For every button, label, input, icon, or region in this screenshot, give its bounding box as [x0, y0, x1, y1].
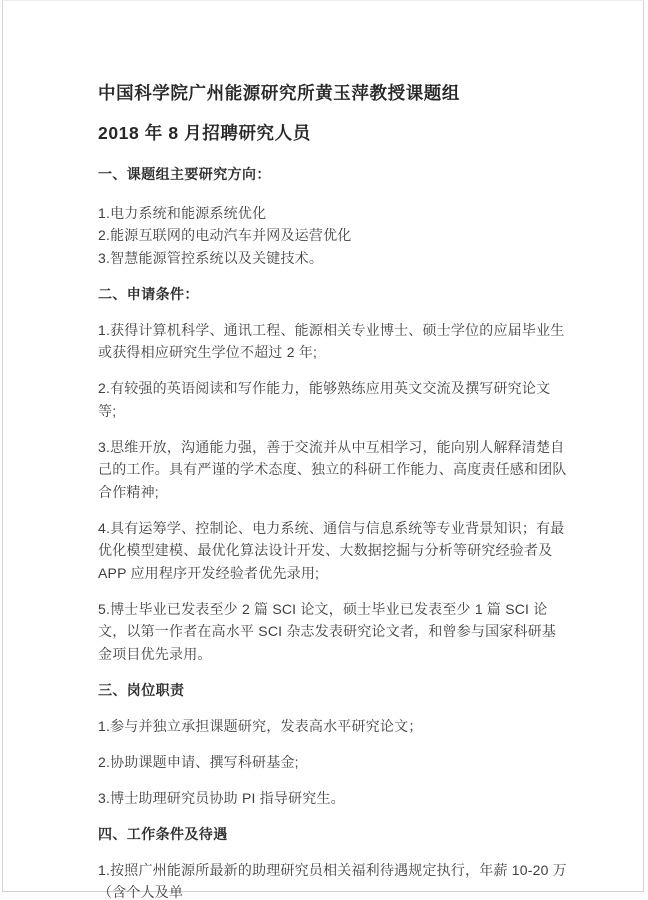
section-research-directions: 一、课题组主要研究方向： 1.电力系统和能源系统优化 2.能源互联网的电动汽车并… [98, 163, 568, 269]
list-item: 3.智慧能源管控系统以及关键技术。 [98, 247, 568, 270]
doc-title-line1: 中国科学院广州能源研究所黄玉萍教授课题组 [98, 73, 568, 113]
section-heading: 一、课题组主要研究方向： [98, 163, 568, 186]
list-item: 2.有较强的英语阅读和写作能力，能够熟练应用英文交流及撰写研究论文等; [98, 377, 568, 422]
list-item: 3.思维开放，沟通能力强，善于交流并从中互相学习，能向别人解释清楚自己的工作。具… [98, 436, 568, 504]
section-work-conditions: 四、工作条件及待遇 1.按照广州能源所最新的助理研究员相关福利待遇规定执行，年薪… [98, 823, 568, 900]
doc-title-line2: 2018 年 8 月招聘研究人员 [98, 113, 568, 153]
list-item: 1.按照广州能源所最新的助理研究员相关福利待遇规定执行，年薪 10-20 万（含… [98, 859, 568, 900]
list-item: 1.参与并独立承担课题研究，发表高水平研究论文； [98, 715, 568, 738]
section-application-requirements: 二、申请条件： 1.获得计算机科学、通讯工程、能源相关专业博士、硕士学位的应届毕… [98, 283, 568, 666]
list-item: 5.博士毕业已发表至少 2 篇 SCI 论文，硕士毕业已发表至少 1 篇 SCI… [98, 598, 568, 666]
section-job-duties: 三、岗位职责 1.参与并独立承担课题研究，发表高水平研究论文； 2.协助课题申请… [98, 679, 568, 810]
list-item: 2.协助课题申请、撰写科研基金; [98, 751, 568, 774]
document-page: 中国科学院广州能源研究所黄玉萍教授课题组 2018 年 8 月招聘研究人员 一、… [2, 0, 644, 892]
doc-title: 中国科学院广州能源研究所黄玉萍教授课题组 2018 年 8 月招聘研究人员 [98, 73, 568, 153]
section-heading: 二、申请条件： [98, 283, 568, 306]
section-heading: 四、工作条件及待遇 [98, 823, 568, 846]
list-item: 1.获得计算机科学、通讯工程、能源相关专业博士、硕士学位的应届毕业生或获得相应研… [98, 319, 568, 364]
list-item: 1.电力系统和能源系统优化 [98, 202, 568, 225]
list-item: 2.能源互联网的电动汽车并网及运营优化 [98, 224, 568, 247]
section-heading: 三、岗位职责 [98, 679, 568, 702]
list-item: 3.博士助理研究员协助 PI 指导研究生。 [98, 787, 568, 810]
list-item: 4.具有运筹学、控制论、电力系统、通信与信息系统等专业背景知识；有最优化模型建模… [98, 517, 568, 585]
document-content: 中国科学院广州能源研究所黄玉萍教授课题组 2018 年 8 月招聘研究人员 一、… [98, 1, 568, 900]
